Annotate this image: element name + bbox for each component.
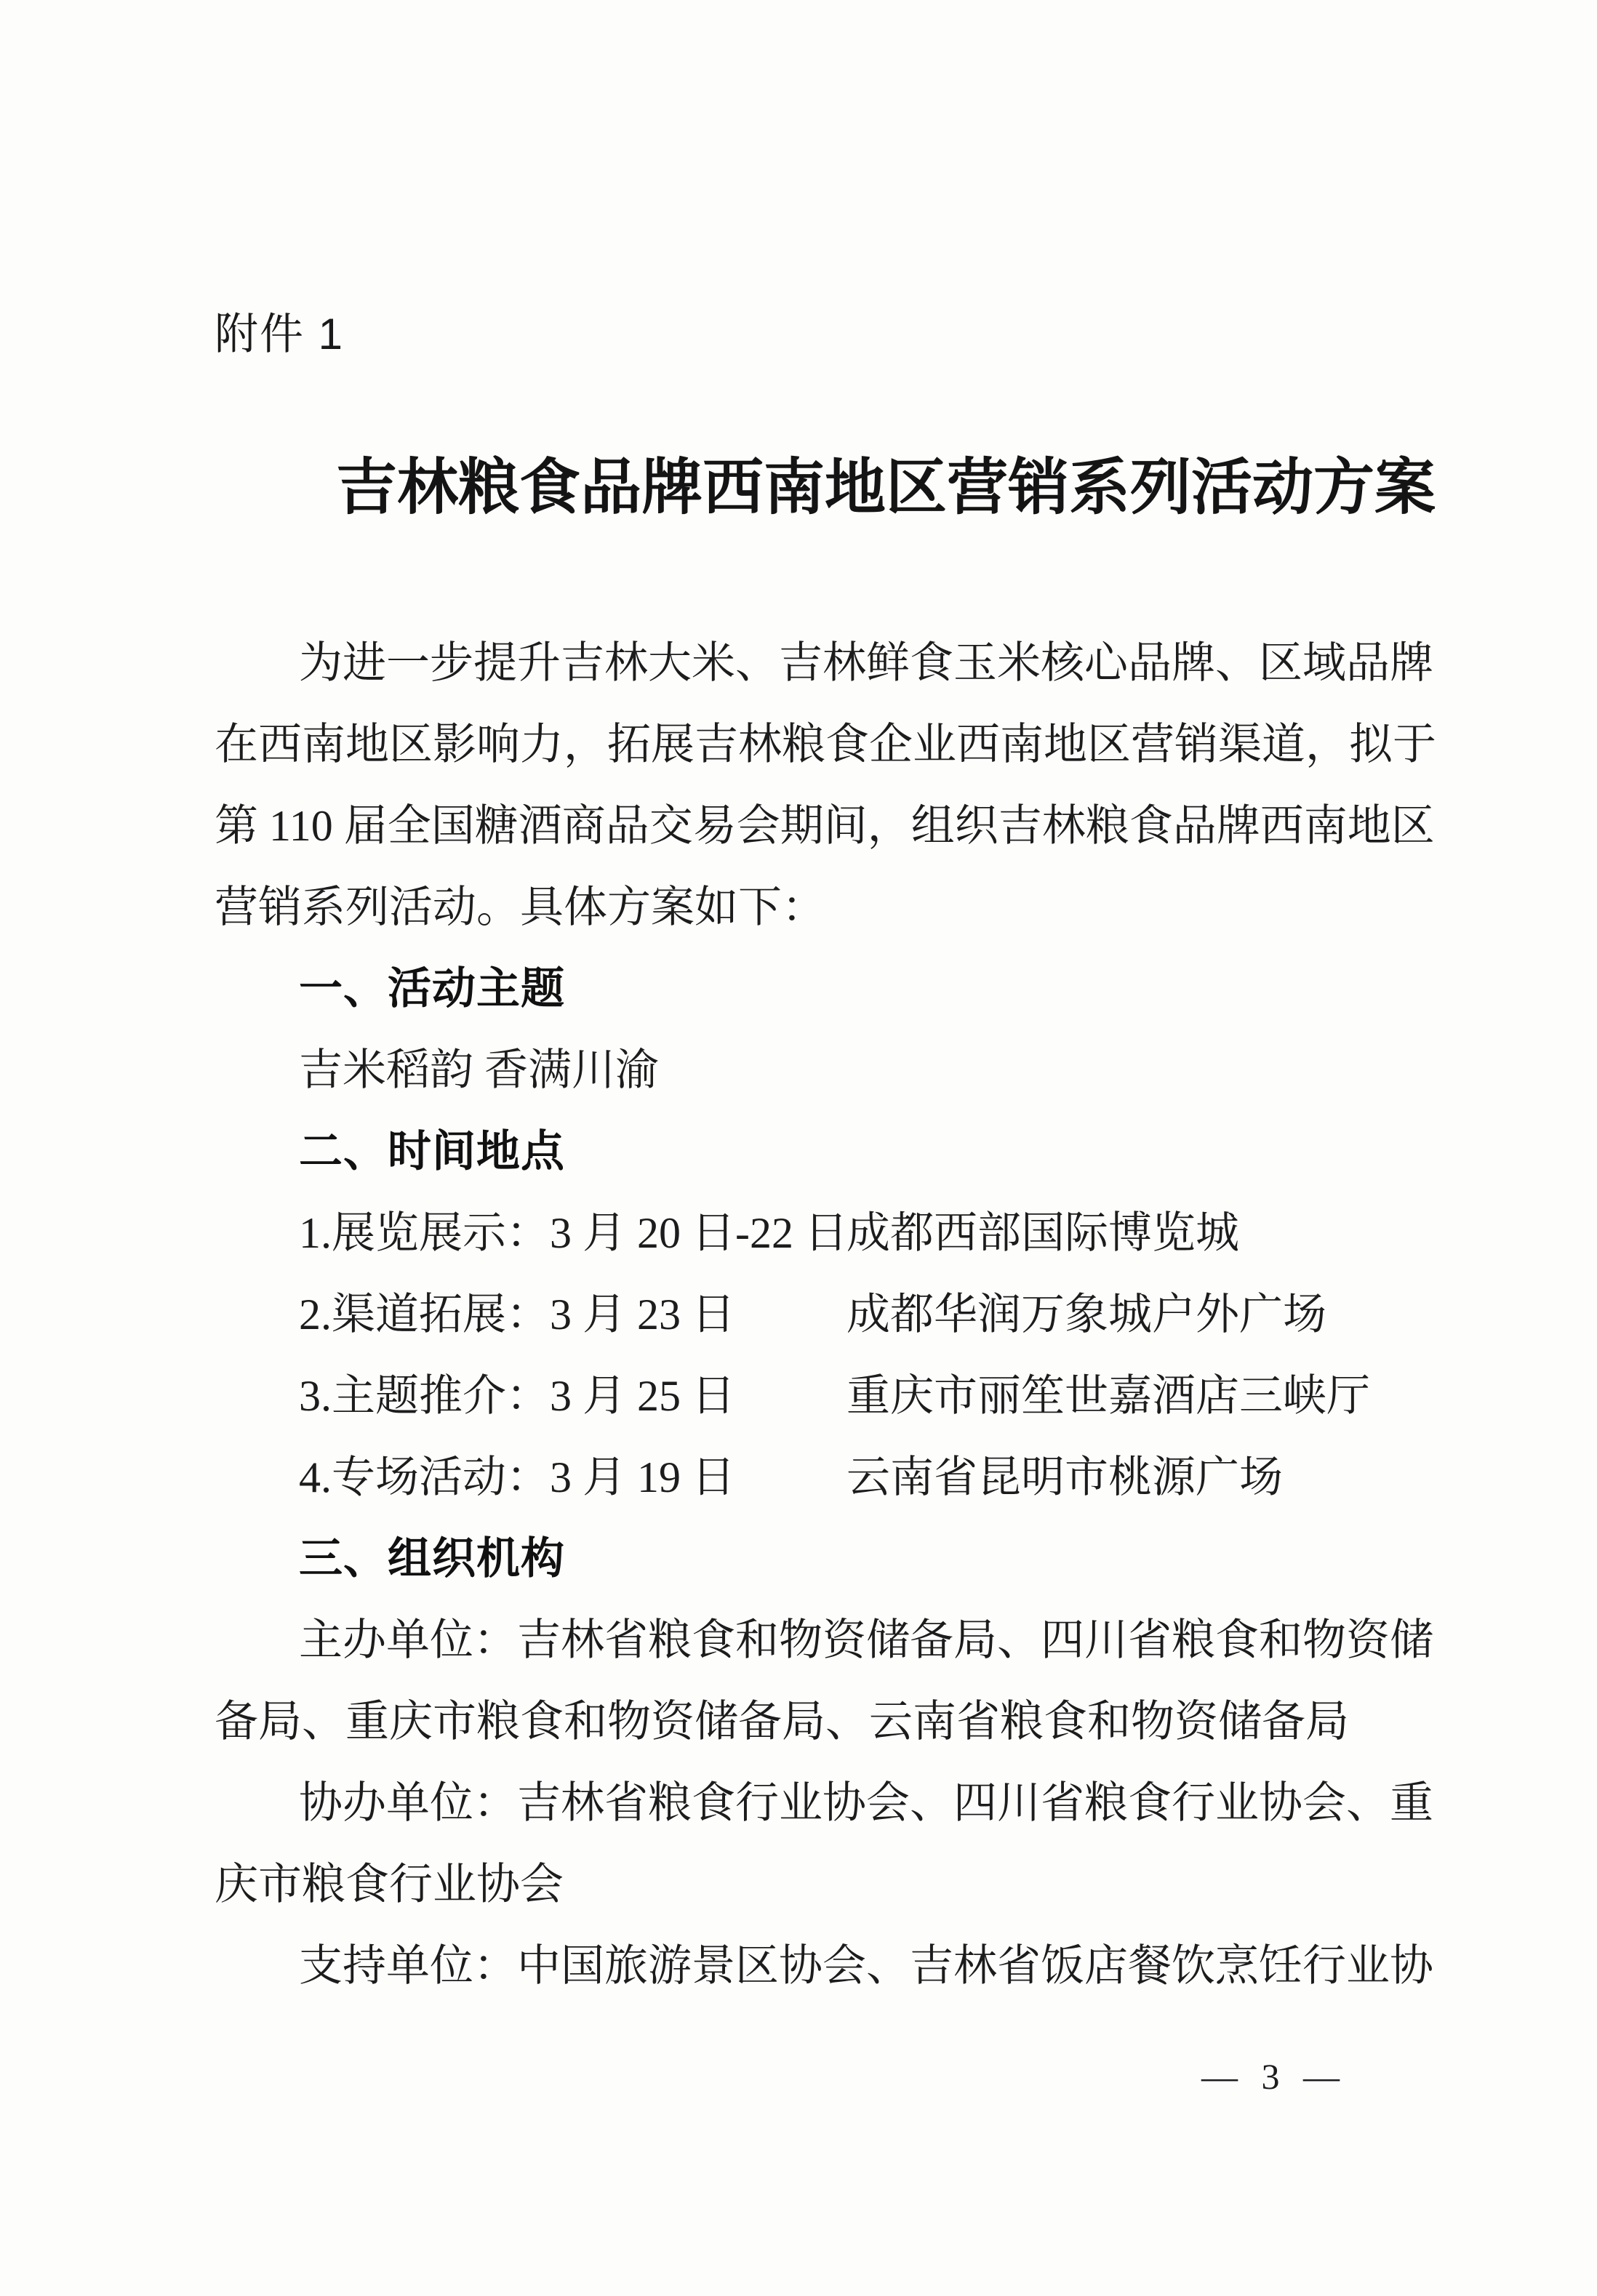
schedule-item: 3.主题推介：3 月 25 日重庆市丽笙世嘉酒店三峡厅	[215, 1355, 1465, 1437]
page-number: — 3 —	[1201, 2056, 1347, 2097]
schedule-item-label-date: 2.渠道拓展：3 月 23 日	[299, 1274, 846, 1355]
supporter-line: 支持单位：中国旅游景区协会、吉林省饭店餐饮烹饪行业协	[215, 1925, 1465, 2007]
schedule-item-label-date: 4.专场活动：3 月 19 日	[299, 1437, 846, 1518]
document-title: 吉林粮食品牌西南地区营销系列活动方案	[336, 455, 1436, 522]
organizer-line: 备局、重庆市粮食和物资储备局、云南省粮食和物资储备局	[215, 1681, 1465, 1762]
schedule-item: 1.展览展示：3 月 20 日-22 日成都西部国际博览城	[215, 1192, 1465, 1274]
schedule-item: 2.渠道拓展：3 月 23 日成都华润万象城户外广场	[215, 1274, 1465, 1355]
co-organizer-line: 协办单位：吉林省粮食行业协会、四川省粮食行业协会、重	[215, 1762, 1465, 1844]
attachment-label: 附件 1	[215, 311, 344, 358]
schedule-item: 4.专场活动：3 月 19 日云南省昆明市桃源广场	[215, 1437, 1465, 1518]
schedule-item-location: 云南省昆明市桃源广场	[846, 1437, 1283, 1518]
paragraph-line: 在西南地区影响力，拓展吉林粮食企业西南地区营销渠道，拟于	[215, 704, 1465, 785]
organizer-line: 主办单位：吉林省粮食和物资储备局、四川省粮食和物资储	[215, 1599, 1465, 1681]
schedule-item-location: 成都西部国际博览城	[846, 1192, 1239, 1274]
co-organizer-line: 庆市粮食行业协会	[215, 1844, 1465, 1925]
paragraph-line: 营销系列活动。具体方案如下：	[215, 867, 1465, 948]
section-heading-activity-theme: 一、活动主题	[215, 948, 1465, 1029]
section-heading-organization: 三、组织机构	[215, 1518, 1465, 1599]
schedule-item-location: 成都华润万象城户外广场	[846, 1274, 1326, 1355]
scanned-document-page: 附件 1 吉林粮食品牌西南地区营销系列活动方案 为进一步提升吉林大米、吉林鲜食玉…	[0, 0, 1597, 2296]
document-body: 为进一步提升吉林大米、吉林鲜食玉米核心品牌、区域品牌 在西南地区影响力，拓展吉林…	[215, 622, 1465, 2007]
schedule-item-label-date: 1.展览展示：3 月 20 日-22 日	[299, 1192, 846, 1274]
activity-theme-text: 吉米稻韵 香满川渝	[215, 1029, 1465, 1111]
paragraph-line: 第 110 届全国糖酒商品交易会期间，组织吉林粮食品牌西南地区	[215, 785, 1465, 867]
schedule-item-location: 重庆市丽笙世嘉酒店三峡厅	[846, 1355, 1370, 1437]
section-heading-time-place: 二、时间地点	[215, 1111, 1465, 1192]
paragraph-line: 为进一步提升吉林大米、吉林鲜食玉米核心品牌、区域品牌	[215, 622, 1465, 704]
schedule-item-label-date: 3.主题推介：3 月 25 日	[299, 1355, 846, 1437]
